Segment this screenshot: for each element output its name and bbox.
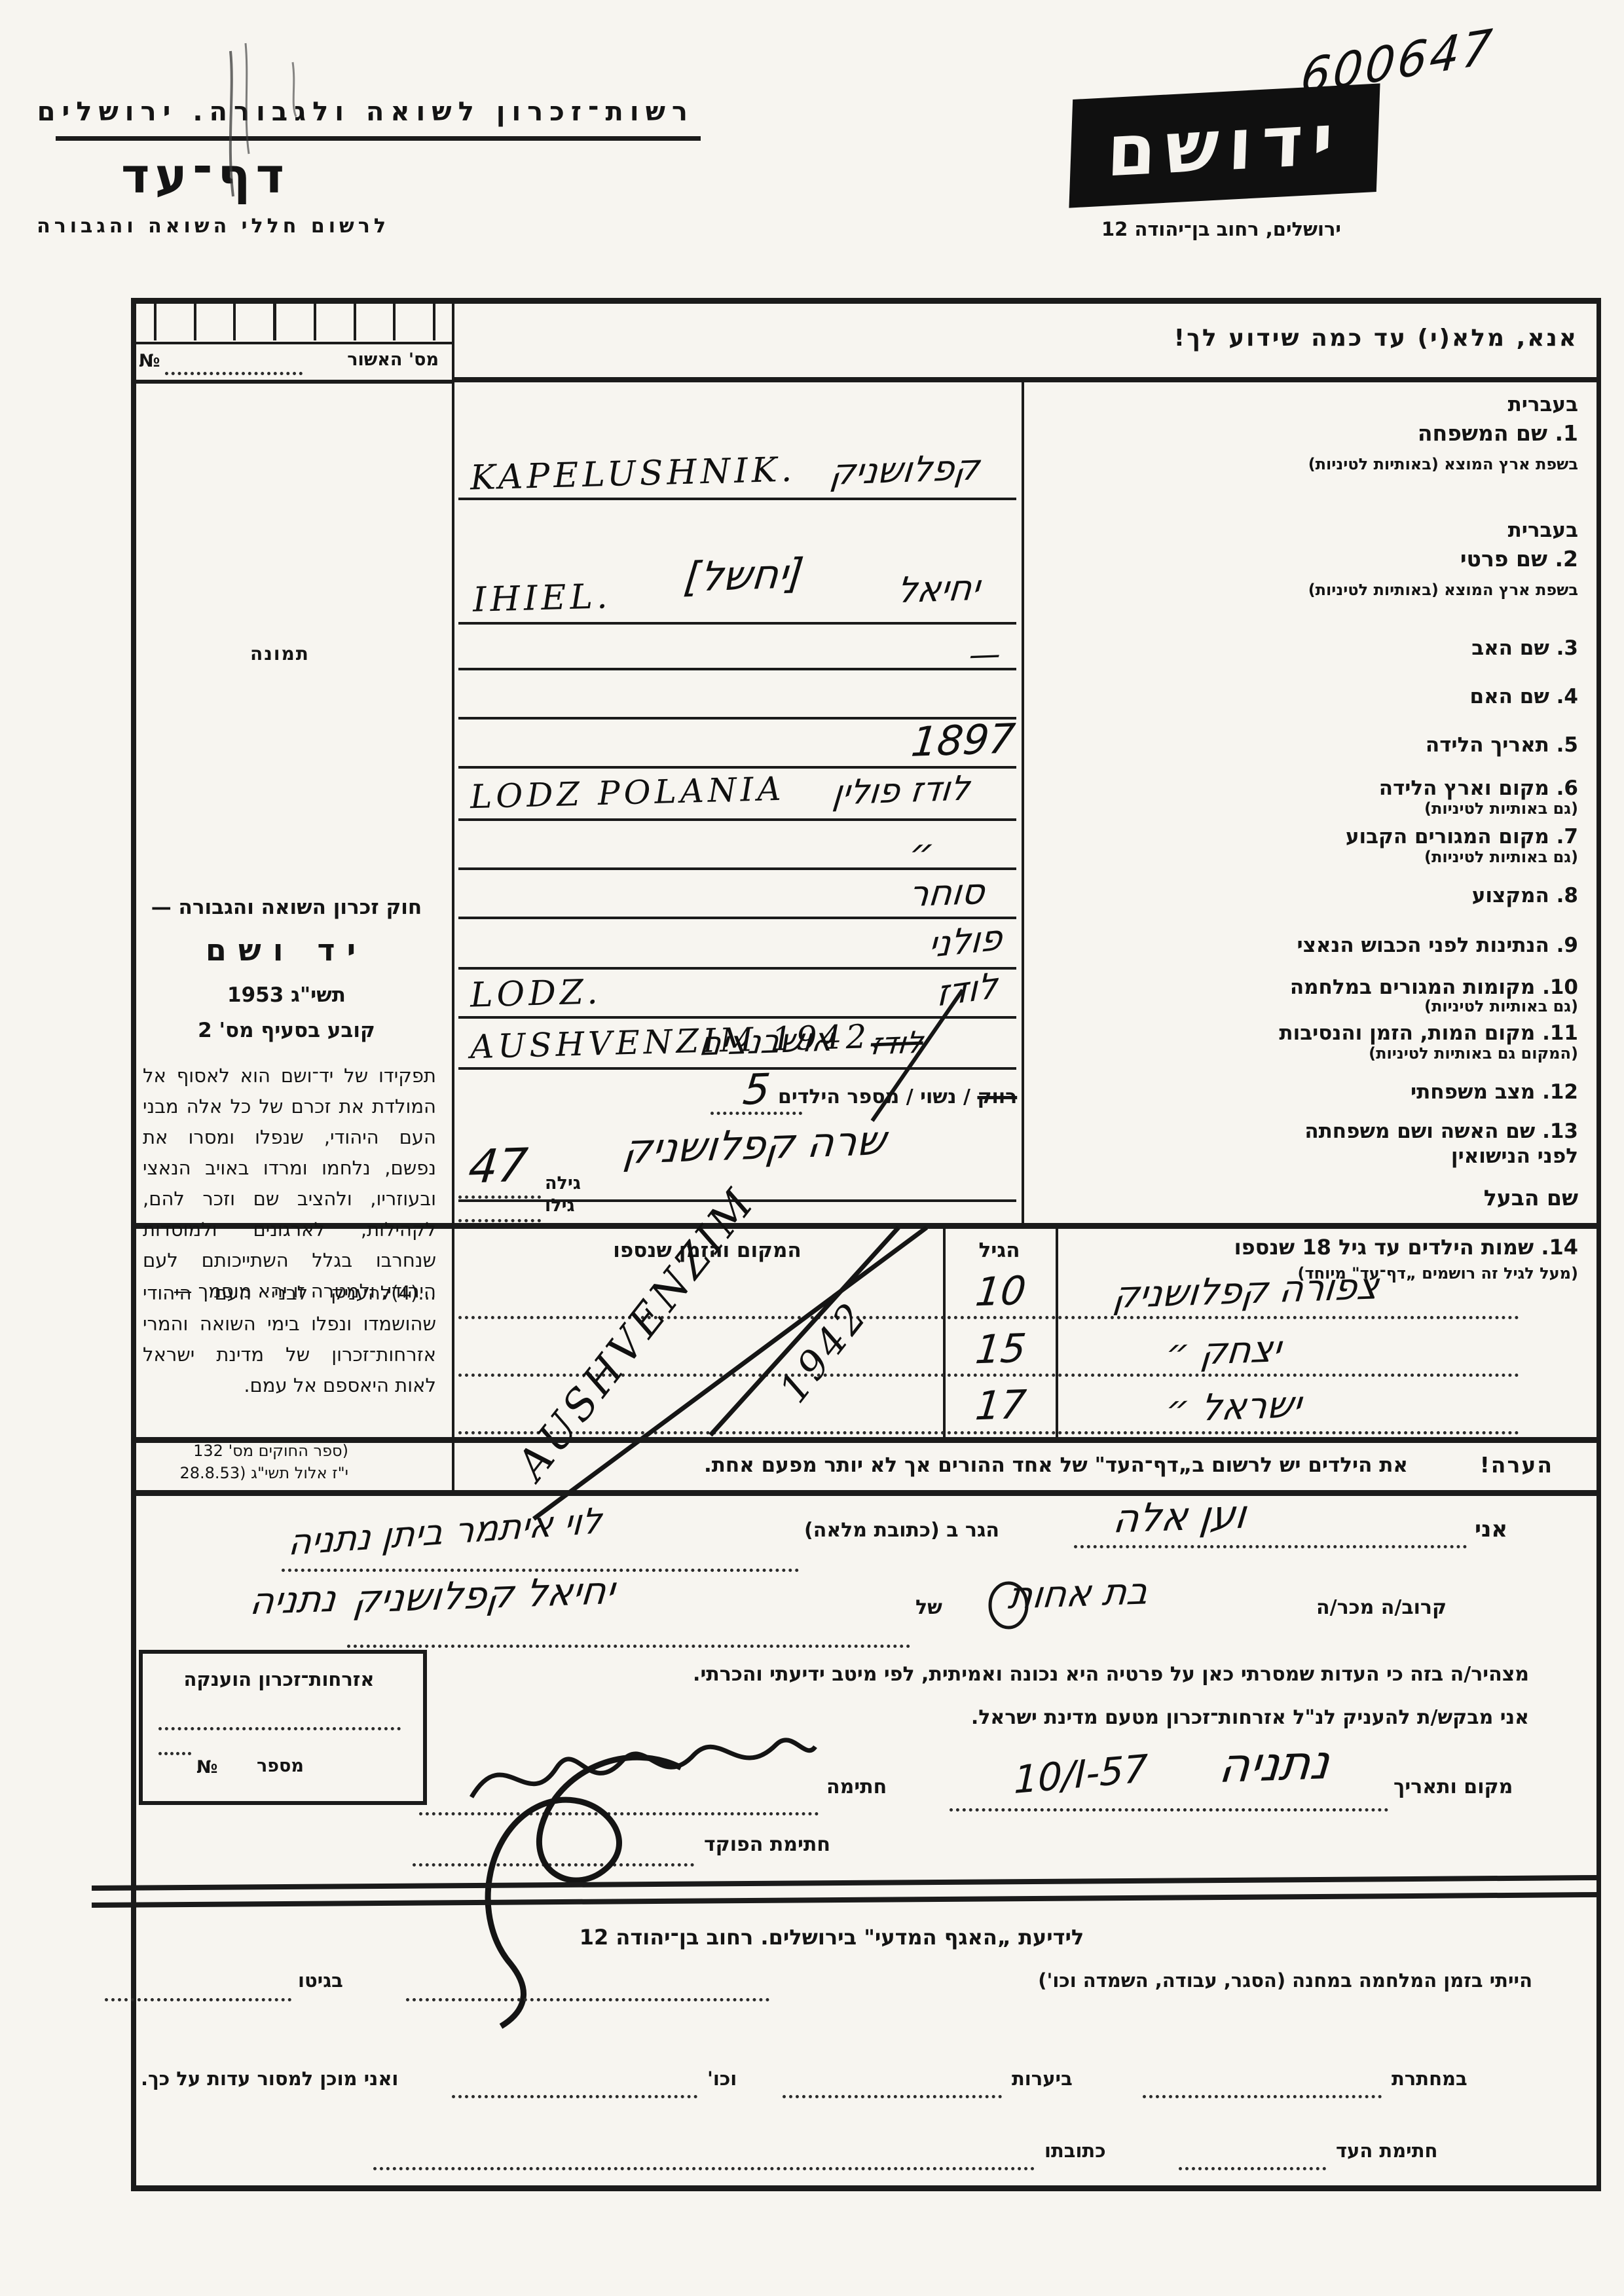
entry-father-dash: —	[967, 636, 1003, 674]
witness-address-dotline	[373, 2167, 1035, 2170]
approval-rule-1	[131, 342, 452, 344]
decl-address-overflow: נתניה	[248, 1578, 339, 1624]
approval-label: מס' האשור	[308, 350, 439, 370]
box-right	[1596, 298, 1601, 2190]
law-intro: חוק זכרון השואה והגבורה —	[141, 896, 432, 919]
witness-signature-label: חתימת העד	[1336, 2140, 1437, 2162]
field9-label: 9. הנתינות לפני הכבוש הנאצי	[1297, 934, 1578, 958]
camp-dotline	[406, 1998, 769, 2001]
child1-age: 10	[973, 1268, 1028, 1316]
official-signature-label: חתימת הפוקד	[704, 1833, 830, 1856]
child3-name: ישראל ״	[1164, 1377, 1483, 1430]
note-body: את הילדים יש לרשום ב„דף־העד" של אחד ההור…	[704, 1453, 1408, 1477]
etc-dotline	[452, 2095, 697, 2098]
decl-victim-name: יחיאל קפלושניק	[352, 1568, 618, 1622]
field3-label: 3. שם האב	[1471, 636, 1578, 661]
entry-first-name-hebrew: יחיאל	[895, 567, 982, 611]
wife-age-label: גילה	[545, 1173, 581, 1194]
field11-sub: (המקום גם באותיות לטיניות)	[1369, 1045, 1578, 1063]
field2-hebrew-tag: בעברית	[1508, 519, 1578, 543]
children-count: 5	[741, 1065, 773, 1115]
place-date-dotline	[950, 1808, 1388, 1812]
forests-label: ביערות	[1012, 2068, 1073, 2090]
table-age-header: הגיל	[943, 1239, 1056, 1262]
logo-text: ידושם	[1106, 104, 1344, 187]
law-section: קובע בסעיף מס' 2	[141, 1019, 432, 1042]
entry-first-name-bracket: [יחשל]	[682, 549, 806, 602]
camp-question: הייתי בזמן המלחמה במחנה (הסגר, עבודה, הש…	[776, 1969, 1532, 1992]
note-bottom-rule	[131, 1490, 1601, 1496]
footer-info: לידיעת „האגף המדעי" בירושלים. רחוב בן־יה…	[419, 1925, 1244, 1950]
field6-sub: (גם באותיות לטיניות)	[1424, 800, 1578, 818]
field13-label2: לפני הנישואין	[1451, 1144, 1578, 1169]
place-date-label: מקום ותאריך	[1393, 1776, 1513, 1798]
grant-number-label: מספר	[257, 1756, 304, 1776]
sidebar-divider	[452, 298, 454, 1491]
etc-label: וכו'	[707, 2068, 737, 2090]
decl-name-dotline	[1074, 1545, 1467, 1548]
field7-sub: (גם באותיות לטיניות)	[1424, 848, 1578, 867]
field6-line	[458, 818, 1016, 821]
table-col-line-2	[1056, 1223, 1058, 1437]
entry-birth-place-latin: LODZ POLANIA	[470, 770, 785, 816]
entry-death-place-struck: לודז	[869, 1024, 925, 1061]
husband-label: שם הבעל	[1484, 1185, 1578, 1211]
box-bottom	[131, 2185, 1601, 2191]
approval-number-sign: №	[139, 351, 160, 371]
entry-birth-year: 1897	[909, 714, 1017, 766]
official-signature	[488, 1757, 681, 2026]
field2-sub: בשפת ארץ המוצא (באותיות לטיניות)	[1308, 581, 1578, 600]
field10-sub: (גם באותיות לטיניות)	[1424, 998, 1578, 1016]
table-bottom-rule	[131, 1437, 1601, 1443]
yad-vashem-logo: ידושם	[1069, 83, 1380, 208]
signature-label: חתימה	[826, 1776, 887, 1798]
decl-statement: מצהיר/ה בזה כי העדות שמסרתי כאן על פרטיה…	[693, 1663, 1529, 1686]
entry-war-residence-latin: LODZ.	[470, 972, 602, 1015]
double-rule-2	[92, 1892, 1601, 1908]
field3-line	[458, 668, 1016, 670]
intro-line: אנא, מלא(י) עד כמה שידוע לך!	[1174, 325, 1578, 352]
field1-label: 1. שם המשפחה	[1418, 420, 1578, 446]
field2-label: 2. שם פרטי	[1460, 546, 1578, 572]
ready-statement: ואני מוכן למסור עדות על כך.	[141, 2068, 449, 2090]
note-title: הערה!	[1480, 1452, 1553, 1478]
wife-age: 47	[466, 1138, 530, 1194]
field10-label: 10. מקומות המגורים במלחמה	[1290, 975, 1578, 1000]
marital-options: רווק / נשוי / מספר הילדים	[778, 1085, 1017, 1108]
field11-label: 11. מקום המות, הזמן והנסיבות	[1279, 1021, 1578, 1046]
child3-age: 17	[973, 1382, 1028, 1430]
husband-age-label: גילו	[545, 1195, 575, 1216]
field5-label: 5. תאריך הלידה	[1426, 733, 1578, 757]
law-year: תשי"ג 1953	[141, 983, 432, 1007]
decl-i-label: אני	[1475, 1516, 1507, 1542]
marital-options-rest: / נשוי / מספר הילדים	[778, 1085, 970, 1108]
law-clause: ...(4)להעניק לבני העם היהודי שהושמדו ונפ…	[143, 1278, 436, 1401]
field2-line	[458, 622, 1016, 625]
field7-label: 7. מקום המגורים הקבוע	[1346, 825, 1578, 849]
entry-war-residence-hebrew: לודז	[936, 964, 998, 1015]
ghetto-label: בגיטו	[298, 1969, 343, 1992]
place-handwritten: נתניה	[1217, 1734, 1333, 1793]
decl-address: לוי איתמר ביתן נתניה	[287, 1500, 603, 1563]
photo-label: תמונה	[250, 643, 310, 665]
ghetto-dotline	[105, 1998, 291, 2001]
signature-dotline	[419, 1812, 819, 1815]
decl-victim-dotline	[347, 1645, 910, 1648]
intro-rule	[452, 377, 1601, 382]
double-rule-1	[92, 1875, 1601, 1891]
grant-title: אזרחות־זכרון הוענקה	[145, 1668, 413, 1690]
entry-first-name-latin: IHIEL.	[472, 577, 612, 620]
header-rule	[56, 136, 701, 141]
field8-line	[458, 917, 1016, 919]
decl-request: אני מבקש/ת להעניק לנ"ל אזרחות־זכרון מטעם…	[971, 1706, 1529, 1729]
field14-label: 14. שמות הילדים עד גיל 18 שנספו	[1234, 1235, 1578, 1260]
field13-label: 13. שם האשה ושם משפחתה	[1304, 1120, 1578, 1144]
date-handwritten: 10/I-57	[1014, 1746, 1149, 1802]
approval-rule-2	[131, 380, 452, 384]
grant-dotline-2	[158, 1752, 191, 1755]
grant-dotline-1	[158, 1727, 401, 1730]
form-subtitle: לרשום חללי השואה והגבורה	[62, 215, 390, 238]
child2-name: יצחק ״	[1164, 1321, 1483, 1374]
official-signature-dotline	[413, 1863, 694, 1867]
entry-family-name-hebrew: קפלושניק	[828, 446, 982, 493]
wife-age-dotline	[458, 1195, 541, 1199]
marital-struck-option: רווק	[977, 1085, 1017, 1108]
decl-relation-label: קרוב/ה מכר/ה	[1316, 1596, 1447, 1619]
grant-number-sign: №	[196, 1757, 217, 1777]
entry-birth-place-hebrew: לודז פולין	[831, 769, 972, 813]
witness-signature	[471, 1740, 815, 1797]
entry-family-name-latin: KAPELUSHNIK.	[470, 450, 796, 498]
underground-dotline	[1143, 2095, 1382, 2098]
field1-line	[458, 498, 1016, 500]
entry-residence-ditto: ״	[906, 829, 936, 877]
field1-sub: בשפת ארץ המוצא (באותיות לטיניות)	[1308, 456, 1578, 474]
field11-line	[458, 1067, 1016, 1070]
child2-age: 15	[973, 1326, 1028, 1374]
field9-line	[458, 967, 1016, 970]
entry-citizenship: פולני	[927, 917, 1004, 966]
law-citation-2: י"ז אלול תשי"ג (28.8.53	[152, 1464, 348, 1482]
logo-address: ירושלים, רחוב בן־יהודה 12	[1061, 218, 1382, 240]
field10-line	[458, 1016, 1016, 1019]
underground-label: במחתרת	[1392, 2068, 1467, 2090]
label-divider	[1022, 380, 1024, 1226]
child1-name: צפורה קפלושניק	[1111, 1260, 1508, 1317]
field6-label: 6. מקום וארץ הלידה	[1379, 776, 1578, 801]
witness-signature-dotline	[1179, 2167, 1326, 2170]
field1-hebrew-tag: בעברית	[1508, 393, 1578, 417]
forests-dotline	[783, 2095, 1002, 2098]
field12-label: 12. מצב משפחתי	[1411, 1080, 1578, 1104]
decl-witness-name: וען אלה	[1111, 1491, 1248, 1542]
law-citation-1: (ספר החוקים מס' 132	[152, 1442, 348, 1460]
decl-resides-label: הגר ב (כתובת מלאה)	[804, 1519, 999, 1542]
decl-of-label: של	[915, 1596, 942, 1619]
decl-relation: בת אחות	[1006, 1570, 1151, 1618]
table-diagonal-year: 1942	[770, 1292, 877, 1412]
field8-label: 8. המקצוע	[1472, 884, 1578, 908]
field5-line	[458, 766, 1016, 769]
approval-ticks	[154, 302, 435, 340]
witness-address-label: כתובתו	[1044, 2140, 1106, 2162]
entry-death-place-hebrew: אושבנצים	[697, 1020, 836, 1063]
husband-age-dotline	[458, 1219, 541, 1222]
field4-label: 4. שם האם	[1470, 685, 1578, 709]
law-body: תפקידו של יד־ושם הוא לאסוף אל המולדת את …	[143, 1061, 436, 1307]
approval-dotline	[165, 372, 303, 375]
authority-line: רשות־זכרון לשואה ולגבורה. ירושלים	[39, 97, 694, 127]
table-row3-dotline	[458, 1431, 1519, 1434]
form-title: דף־עד	[152, 148, 289, 204]
testimony-page: רשות־זכרון לשואה ולגבורה. ירושלים דף־עד …	[0, 0, 1624, 2296]
entry-profession: סוחר	[907, 871, 987, 915]
entry-wife-name: שרה קפלושניק	[621, 1116, 888, 1173]
law-name: יד ושם	[141, 932, 432, 968]
